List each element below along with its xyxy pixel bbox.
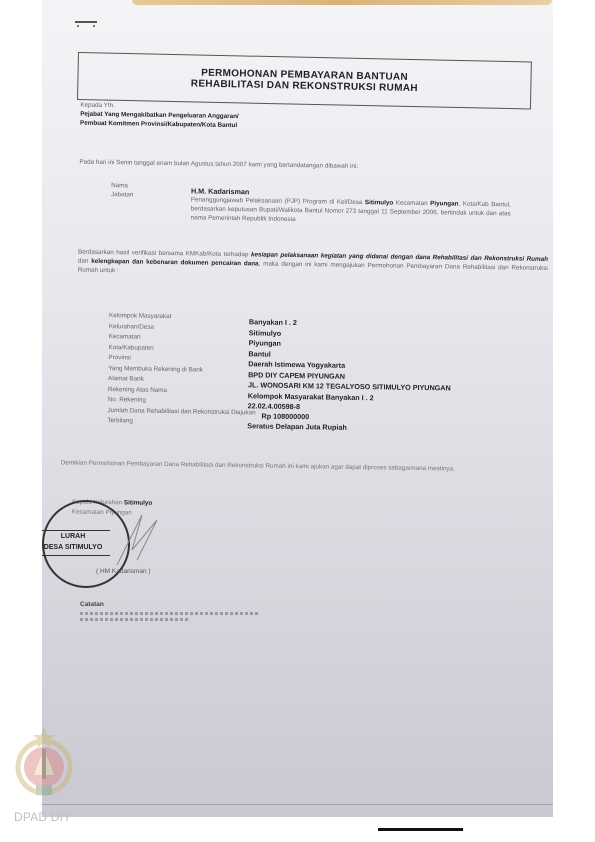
closing-statement: Demikian Permohonan Pembayaran Dana Reha… — [61, 458, 531, 475]
field-value: JL. WONOSARI KM 12 TEGALYOSO SITIMULYO P… — [248, 380, 451, 391]
watermark-label: DPAD DIY — [14, 810, 71, 824]
field-label: Terbilang — [107, 417, 247, 430]
position-description: Penanggungjawab Pelaksanaan (PJP) Progra… — [191, 195, 511, 227]
document-body: Kepada Yth. Pejabat Yang Mengakibatkan P… — [42, 0, 553, 817]
position-label: Jabatan — [111, 190, 134, 199]
field-value: Piyungan — [249, 338, 281, 346]
field-value: Sitimulyo — [249, 328, 281, 336]
position-text: Penanggungjawab Pelaksanaan (PJP) Progra… — [191, 196, 365, 206]
stamp-subtitle: DESA SITIMULYO — [42, 542, 110, 553]
paragraph-text: dan — [78, 258, 91, 265]
request-fields: Kelompok MasyarakatBanyakan I . 2 Kelura… — [107, 312, 452, 433]
addressee: Kepada Yth. Pejabat Yang Mengakibatkan P… — [80, 101, 239, 130]
field-value: Rp 108000000 — [262, 411, 310, 420]
field-value: BPD DIY CAPEM PIYUNGAN — [248, 370, 345, 379]
field-value: Kelompok Masyarakat Banyakan I . 2 — [248, 391, 374, 400]
dpad-emblem-icon — [12, 727, 76, 799]
signature-scribble — [112, 510, 162, 570]
name-label: Nama — [111, 181, 128, 190]
notes-illegible-line — [80, 618, 190, 621]
signatory-name: ( HM Kadarisman ) — [96, 568, 151, 575]
stamp-text: LURAH DESA SITIMULYO — [42, 530, 110, 556]
signatory-village: Sitimulyo — [124, 499, 152, 506]
footer-bar — [378, 828, 463, 831]
notes-illegible-line — [80, 612, 260, 615]
field-value: Seratus Delapan Juta Rupiah — [247, 421, 347, 431]
field-value: Banyakan I . 2 — [249, 317, 297, 325]
stamp-title: LURAH — [42, 531, 110, 542]
document-photo: PERMOHONAN PEMBAYARAN BANTUAN REHABILITA… — [42, 0, 553, 817]
addressee-line-2: Pembuat Komitmen Provinsi/Kabupaten/Kota… — [80, 119, 239, 130]
field-value: Bantul — [248, 349, 270, 357]
body-paragraph: Berdasarkan hasil verifikasi bersama KMK… — [78, 248, 548, 283]
notes-section: Catatan — [80, 600, 260, 624]
position-district: Piyungan — [430, 200, 458, 207]
paragraph-text: Berdasarkan hasil verifikasi bersama KMK… — [78, 249, 251, 259]
position-village: Sitimulyo — [365, 199, 393, 206]
field-value: Daerah Istimewa Yogyakarta — [248, 359, 345, 368]
position-text: Kecamatan — [393, 200, 430, 208]
notes-heading: Catatan — [80, 600, 260, 609]
paragraph-emphasis: kelengkapan dan kebenaran dokumen pencai… — [91, 258, 258, 268]
opening-statement: Pada hari ini Senin tanggal enam bulan A… — [79, 159, 499, 173]
